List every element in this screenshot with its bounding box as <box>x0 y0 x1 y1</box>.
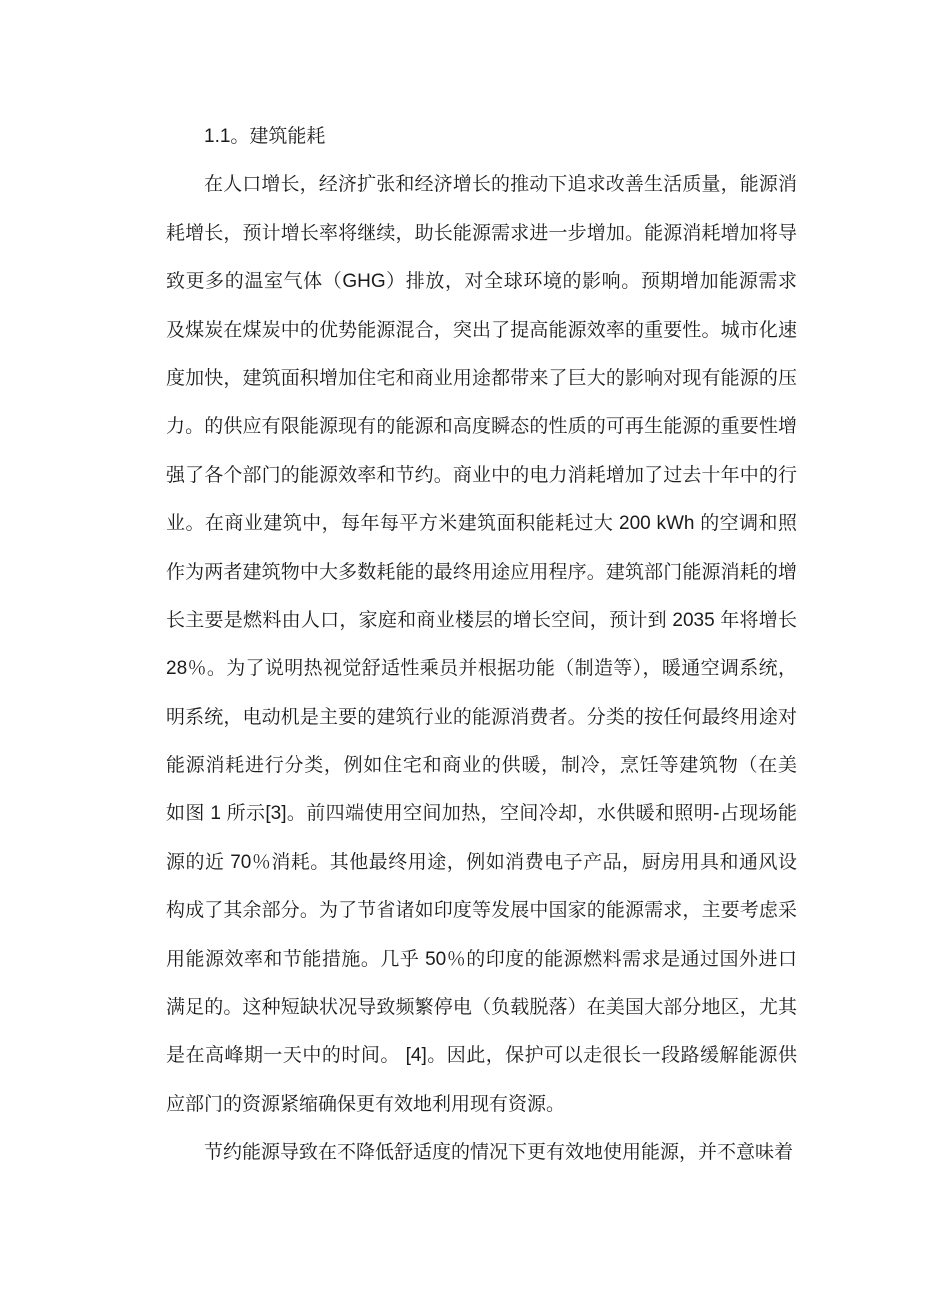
text-line: 能源消耗进行分类，例如住宅和商业的供暖，制冷，烹饪等建筑物（在美国） <box>166 742 797 790</box>
text-line: 用能源效率和节能措施。几乎 50％的印度的能源燃料需求是通过国外进口来 <box>166 936 797 984</box>
text-line: 是在高峰期一天中的时间。 [4]。因此，保护可以走很长一段路缓解能源供 <box>166 1032 797 1080</box>
text-line: 耗增长，预计增长率将继续，助长能源需求进一步增加。能源消耗增加将导 <box>166 210 797 258</box>
text-line: 构成了其余部分。为了节省诸如印度等发展中国家的能源需求，主要考虑采 <box>166 887 797 935</box>
text-line: 作为两者建筑物中大多数耗能的最终用途应用程序。建筑部门能源消耗的增 <box>166 549 797 597</box>
text-line: 度加快，建筑面积增加住宅和商业用途都带来了巨大的影响对现有能源的压 <box>166 355 797 403</box>
section-heading: 1.1。建筑能耗 <box>166 113 797 161</box>
text-line: 力。的供应有限能源现有的能源和高度瞬态的性质的可再生能源的重要性增 <box>166 403 797 451</box>
text-line: 应部门的资源紧缩确保更有效地利用现有资源。 <box>166 1081 797 1129</box>
text-line: 长主要是燃料由人口，家庭和商业楼层的增长空间，预计到 2035 年将增长 <box>166 597 797 645</box>
text-line: 节约能源导致在不降低舒适度的情况下更有效地使用能源，并不意味着 <box>166 1129 797 1177</box>
document-text-column: 1.1。建筑能耗 在人口增长，经济扩张和经济增长的推动下追求改善生活质量，能源消… <box>166 113 797 1178</box>
text-line: 满足的。这种短缺状况导致频繁停电（负载脱落）在美国大部分地区，尤其 <box>166 984 797 1032</box>
text-line: 强了各个部门的能源效率和节约。商业中的电力消耗增加了过去十年中的行 <box>166 452 797 500</box>
text-line: 及煤炭在煤炭中的优势能源混合，突出了提高能源效率的重要性。城市化速 <box>166 307 797 355</box>
document-page: 1.1。建筑能耗 在人口增长，经济扩张和经济增长的推动下追求改善生活质量，能源消… <box>0 0 926 1309</box>
text-line: 致更多的温室气体（GHG）排放，对全球环境的影响。预期增加能源需求以 <box>166 258 797 306</box>
text-line: 明系统，电动机是主要的建筑行业的能源消费者。分类的按任何最终用途对 <box>166 694 797 742</box>
text-line: 业。在商业建筑中，每年每平方米建筑面积能耗过大 200 kWh 的空调和照明 <box>166 500 797 548</box>
text-line: 如图 1 所示[3]。前四端使用空间加热，空间冷却，水供暖和照明-占现场能 <box>166 790 797 838</box>
text-line: 在人口增长，经济扩张和经济增长的推动下追求改善生活质量，能源消 <box>166 161 797 209</box>
text-line: 28％。为了说明热视觉舒适性乘员并根据功能（制造等），暖通空调系统，照 <box>166 645 797 693</box>
text-line: 源的近 70％消耗。其他最终用途，例如消费电子产品，厨房用具和通风设备 <box>166 839 797 887</box>
